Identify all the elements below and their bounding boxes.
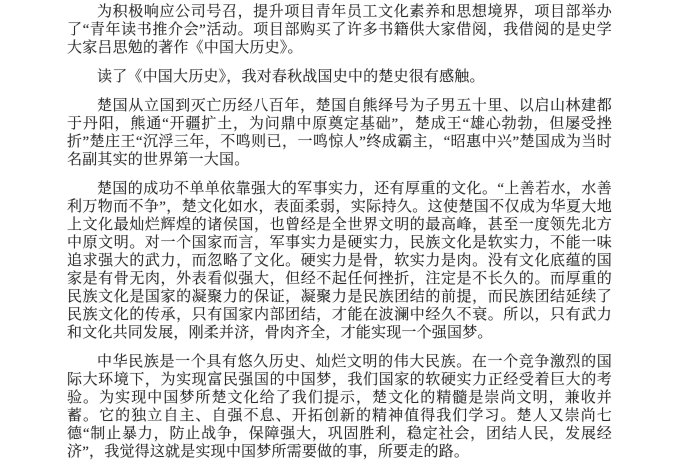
paragraph: 楚国的成功不单单依靠强大的军事实力，还有厚重的文化。“上善若水，水善利万物而不争…: [67, 180, 612, 342]
document-page: 为积极响应公司号召，提升项目青年员工文化素养和思想境界，项目部举办了“青年读书推…: [0, 0, 700, 470]
paragraph: 为积极响应公司号召，提升项目青年员工文化素养和思想境界，项目部举办了“青年读书推…: [67, 3, 612, 57]
paragraph: 中华民族是一个具有悠久历史、灿烂文明的伟大民族。在一个竞争激烈的国际大环境下，为…: [67, 353, 612, 461]
paragraph: 读了《中国大历史》，我对春秋战国史中的楚史很有感触。: [67, 68, 612, 86]
paragraph: 楚国从立国到灭亡历经八百年，楚国自熊绎号为子男五十里、以启山林建都于丹阳，熊通“…: [67, 97, 612, 169]
document-body: 为积极响应公司号召，提升项目青年员工文化素养和思想境界，项目部举办了“青年读书推…: [67, 3, 612, 461]
